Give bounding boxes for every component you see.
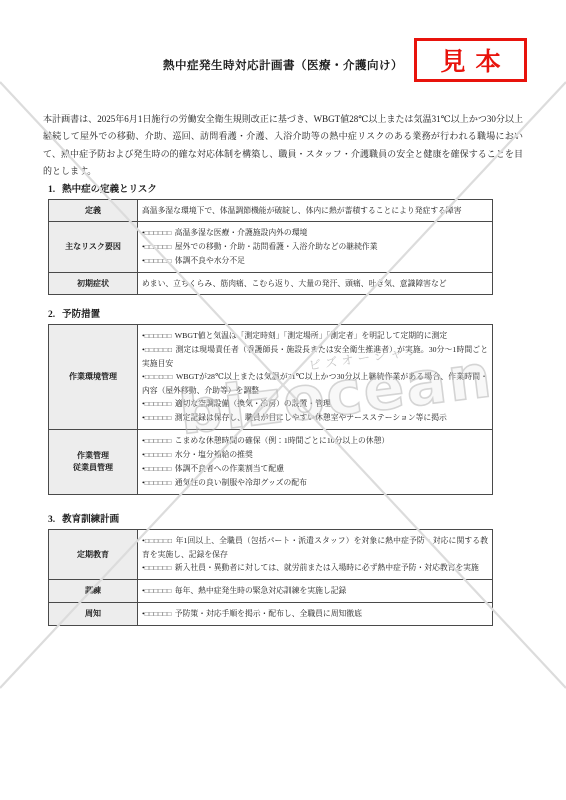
sections: 1.熱中症の定義とリスク定義高温多湿な環境下で、体温調節機能が破綻し、体内に熱が…	[48, 184, 493, 626]
table-row: 主なリスク要因•□□□□□□高温多湿な医療・介護施設内外の環境•□□□□□□屋外…	[49, 222, 493, 273]
bullet-line: •□□□□□□測定記録は保存し、職員が目にしやすい休憩室やナースステーション等に…	[142, 411, 488, 425]
line-text: 適切な空調設備（換気・冷房）の設置・管理	[175, 399, 331, 408]
section-title: 予防措置	[62, 310, 100, 320]
section-definition-risk: 1.熱中症の定義とリスク定義高温多湿な環境下で、体温調節機能が破綻し、体内に熱が…	[48, 184, 493, 295]
redacted-boxes: □□□□□□	[145, 480, 172, 487]
bullet-line: •□□□□□□新入社員・異動者に対しては、就労前または入場時に必ず熱中症予防・対…	[142, 561, 488, 575]
line-text: 毎年、熱中症発生時の緊急対応訓練を実施し記録	[175, 586, 347, 595]
section-heading: 3.教育訓練計画	[48, 514, 493, 527]
table-row: 定期教育•□□□□□□年1回以上、全職員（包括パート・派遣スタッフ）を対象に熱中…	[49, 530, 493, 580]
redacted-boxes: □□□□□□	[145, 438, 172, 445]
section-number: 2.	[48, 310, 55, 320]
redacted-boxes: □□□□□□	[145, 333, 172, 340]
redacted-boxes: □□□□□□	[145, 588, 172, 595]
row-label-cell: 主なリスク要因	[49, 222, 138, 273]
line-text: WBGT値と気温は「測定時刻」「測定場所」「測定者」を明記して定期的に測定	[175, 331, 447, 340]
row-content-cell: •□□□□□□WBGT値と気温は「測定時刻」「測定場所」「測定者」を明記して定期…	[138, 325, 493, 430]
row-content-cell: めまい、立ちくらみ、筋肉痛、こむら返り、大量の発汗、頭痛、吐き気、意識障害など	[138, 273, 493, 295]
table-row: 訓練•□□□□□□毎年、熱中症発生時の緊急対応訓練を実施し記録	[49, 580, 493, 603]
table-row: 定義高温多湿な環境下で、体温調節機能が破綻し、体内に熱が蓄積することにより発症す…	[49, 200, 493, 222]
line-text: 体調不良者への作業割当て配慮	[175, 464, 284, 473]
row-content-cell: •□□□□□□予防策・対応手順を掲示・配布し、全職員に周知徹底	[138, 603, 493, 626]
redacted-boxes: □□□□□□	[145, 244, 172, 251]
line-text: 予防策・対応手順を掲示・配布し、全職員に周知徹底	[175, 609, 362, 618]
row-label-cell: 作業環境管理	[49, 325, 138, 430]
section-number: 3.	[48, 515, 55, 525]
section-heading: 2.予防措置	[48, 309, 493, 322]
line-text: 測定記録は保存し、職員が目にしやすい休憩室やナースステーション等に掲示	[175, 413, 447, 422]
sample-stamp: 見本	[414, 38, 527, 82]
bullet-line: •□□□□□□体調不良者への作業割当て配慮	[142, 462, 488, 476]
row-content-cell: 高温多湿な環境下で、体温調節機能が破綻し、体内に熱が蓄積することにより発症する障…	[138, 200, 493, 222]
table-row: 作業環境管理•□□□□□□WBGT値と気温は「測定時刻」「測定場所」「測定者」を…	[49, 325, 493, 430]
document-page: ビズオーシャン bizocean 見本 熱中症発生時対応計画書（医療・介護向け）…	[0, 0, 566, 800]
table-row: 作業管理 従業員管理•□□□□□□こまめな休憩時間の確保（例：1時間ごとに10分…	[49, 430, 493, 495]
row-content-cell: •□□□□□□高温多湿な医療・介護施設内外の環境•□□□□□□屋外での移動・介助…	[138, 222, 493, 273]
redacted-boxes: □□□□□□	[145, 415, 172, 422]
definition-risk-table: 定義高温多湿な環境下で、体温調節機能が破綻し、体内に熱が蓄積することにより発症す…	[48, 199, 493, 295]
bullet-line: •□□□□□□通気性の良い制服や冷却グッズの配布	[142, 476, 488, 490]
intro-paragraph: 本計画書は、2025年6月1日施行の労働安全衛生規則改正に基づき、WBGT値28…	[43, 111, 523, 181]
row-label-cell: 定期教育	[49, 530, 138, 580]
redacted-boxes: □□□□□□	[145, 611, 172, 618]
bullet-line: •□□□□□□WBGT値と気温は「測定時刻」「測定場所」「測定者」を明記して定期…	[142, 329, 488, 343]
redacted-boxes: □□□□□□	[145, 347, 173, 354]
prevention-measures-table: 作業環境管理•□□□□□□WBGT値と気温は「測定時刻」「測定場所」「測定者」を…	[48, 324, 493, 495]
table-row: 周知•□□□□□□予防策・対応手順を掲示・配布し、全職員に周知徹底	[49, 603, 493, 626]
line-text: WBGTが28℃以上または気温が31℃以上かつ30分以上継続作業がある場合、作業…	[142, 372, 488, 395]
bullet-line: •□□□□□□こまめな休憩時間の確保（例：1時間ごとに10分以上の休憩）	[142, 434, 488, 448]
redacted-boxes: □□□□□□	[145, 230, 172, 237]
section-title: 熱中症の定義とリスク	[62, 185, 157, 195]
redacted-boxes: □□□□□□	[145, 565, 172, 572]
line-text: 通気性の良い制服や冷却グッズの配布	[175, 478, 307, 487]
row-label-cell: 訓練	[49, 580, 138, 603]
redacted-boxes: □□□□□□	[145, 258, 172, 265]
line-text: 高温多湿な環境下で、体温調節機能が破綻し、体内に熱が蓄積することにより発症する障…	[142, 206, 462, 215]
line-text: 水分・塩分補給の推奨	[175, 450, 253, 459]
row-label-cell: 初期症状	[49, 273, 138, 295]
bullet-line: •□□□□□□高温多湿な医療・介護施設内外の環境	[142, 226, 488, 240]
sample-stamp-label: 見本	[440, 42, 510, 78]
bullet-line: •□□□□□□毎年、熱中症発生時の緊急対応訓練を実施し記録	[142, 584, 488, 598]
line-text: こまめな休憩時間の確保（例：1時間ごとに10分以上の休憩）	[175, 436, 389, 445]
text-line: めまい、立ちくらみ、筋肉痛、こむら返り、大量の発汗、頭痛、吐き気、意識障害など	[142, 277, 488, 290]
bullet-line: •□□□□□□水分・塩分補給の推奨	[142, 448, 488, 462]
line-text: 新入社員・異動者に対しては、就労前または入場時に必ず熱中症予防・対応教育を実施	[175, 563, 479, 572]
redacted-boxes: □□□□□□	[145, 452, 172, 459]
line-text: 測定は現場責任者（看護師長・施設長または安全衛生推進者）が実施。30分～1時間ご…	[142, 345, 488, 368]
bullet-line: •□□□□□□予防策・対応手順を掲示・配布し、全職員に周知徹底	[142, 607, 488, 621]
redacted-boxes: □□□□□□	[145, 401, 172, 408]
line-text: めまい、立ちくらみ、筋肉痛、こむら返り、大量の発汗、頭痛、吐き気、意識障害など	[142, 279, 447, 288]
row-content-cell: •□□□□□□年1回以上、全職員（包括パート・派遣スタッフ）を対象に熱中症予防・…	[138, 530, 493, 580]
line-text: 体調不良や水分不足	[175, 256, 245, 265]
row-label-cell: 周知	[49, 603, 138, 626]
bullet-line: •□□□□□□屋外での移動・介助・訪問看護・入浴介助などの継続作業	[142, 240, 488, 254]
bullet-line: •□□□□□□体調不良や水分不足	[142, 254, 488, 268]
bullet-line: •□□□□□□適切な空調設備（換気・冷房）の設置・管理	[142, 397, 488, 411]
redacted-boxes: □□□□□□	[145, 374, 173, 381]
row-content-cell: •□□□□□□毎年、熱中症発生時の緊急対応訓練を実施し記録	[138, 580, 493, 603]
bullet-line: •□□□□□□WBGTが28℃以上または気温が31℃以上かつ30分以上継続作業が…	[142, 370, 488, 397]
row-label-cell: 作業管理 従業員管理	[49, 430, 138, 495]
line-text: 年1回以上、全職員（包括パート・派遣スタッフ）を対象に熱中症予防・対応に関する教…	[142, 536, 488, 559]
section-heading: 1.熱中症の定義とリスク	[48, 184, 493, 197]
section-education-training: 3.教育訓練計画定期教育•□□□□□□年1回以上、全職員（包括パート・派遣スタッ…	[48, 514, 493, 626]
section-number: 1.	[48, 185, 55, 195]
row-content-cell: •□□□□□□こまめな休憩時間の確保（例：1時間ごとに10分以上の休憩）•□□□…	[138, 430, 493, 495]
redacted-boxes: □□□□□□	[145, 538, 173, 545]
section-prevention-measures: 2.予防措置作業環境管理•□□□□□□WBGT値と気温は「測定時刻」「測定場所」…	[48, 309, 493, 495]
education-training-table: 定期教育•□□□□□□年1回以上、全職員（包括パート・派遣スタッフ）を対象に熱中…	[48, 529, 493, 626]
bullet-line: •□□□□□□年1回以上、全職員（包括パート・派遣スタッフ）を対象に熱中症予防・…	[142, 534, 488, 561]
row-label-cell: 定義	[49, 200, 138, 222]
text-line: 高温多湿な環境下で、体温調節機能が破綻し、体内に熱が蓄積することにより発症する障…	[142, 204, 488, 217]
bullet-line: •□□□□□□測定は現場責任者（看護師長・施設長または安全衛生推進者）が実施。3…	[142, 343, 488, 370]
line-text: 高温多湿な医療・介護施設内外の環境	[175, 228, 308, 237]
redacted-boxes: □□□□□□	[145, 466, 172, 473]
section-title: 教育訓練計画	[62, 515, 119, 525]
line-text: 屋外での移動・介助・訪問看護・入浴介助などの継続作業	[175, 242, 378, 251]
table-row: 初期症状めまい、立ちくらみ、筋肉痛、こむら返り、大量の発汗、頭痛、吐き気、意識障…	[49, 273, 493, 295]
